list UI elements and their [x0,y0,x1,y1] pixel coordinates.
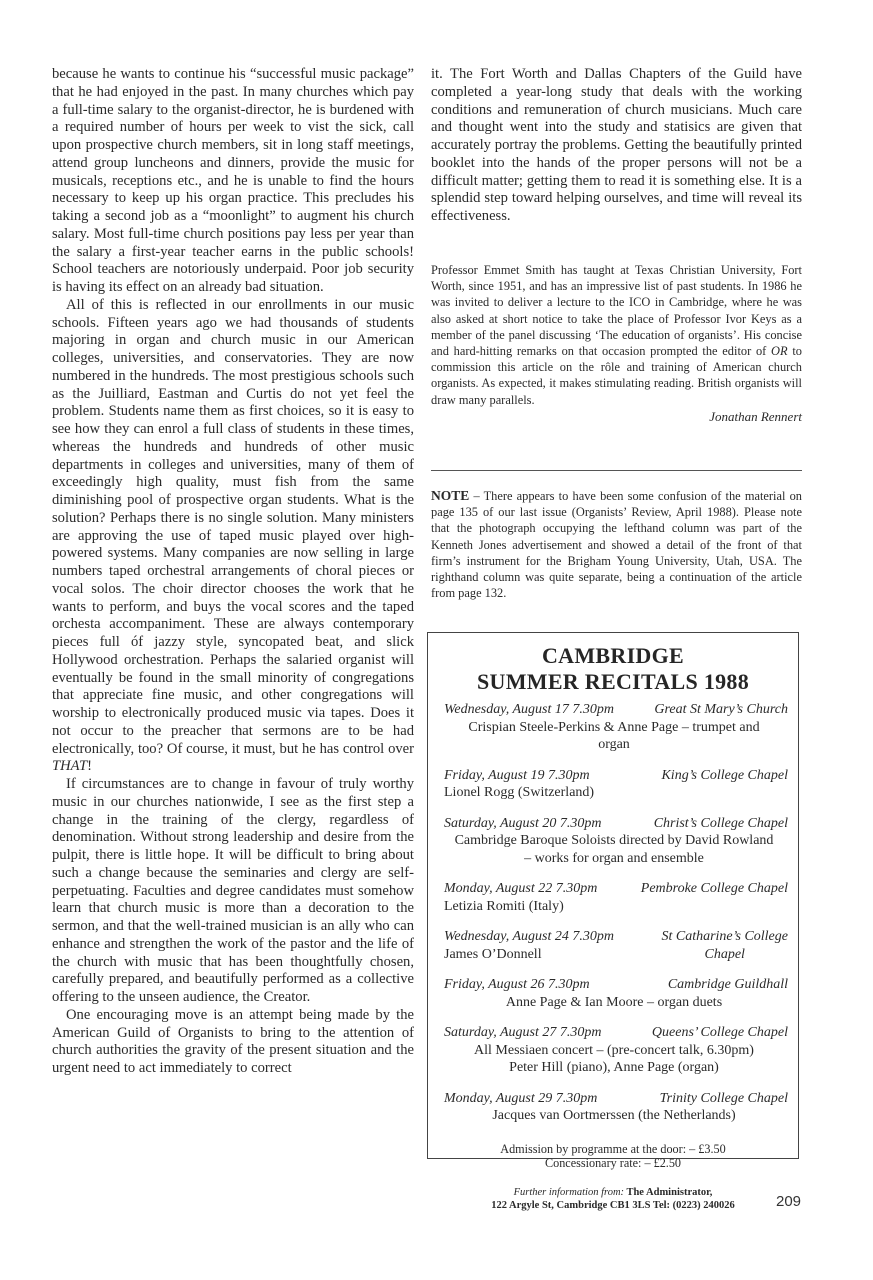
event-performers: Peter Hill (piano), Anne Page (organ) [440,1059,788,1077]
recitals-title: CAMBRIDGE SUMMER RECITALS 1988 [428,643,798,695]
admission-prices: Admission by programme at the door: – £3… [428,1142,798,1170]
paragraph: it. The Fort Worth and Dallas Chapters o… [431,66,802,226]
recital-event: Wednesday, August 24 7.30pmSt Catharine’… [428,928,798,963]
journal-abbrev: OR [771,344,788,358]
note-label: NOTE [431,488,469,503]
event-date: Wednesday, August 24 7.30pm [440,928,614,946]
event-date: Wednesday, August 17 7.30pm [440,701,614,719]
right-column-article-continuation: it. The Fort Worth and Dallas Chapters o… [431,66,802,226]
paragraph: One encouraging move is an attempt being… [52,1007,414,1078]
recital-event: Friday, August 26 7.30pmCambridge Guildh… [428,976,798,1011]
event-venue: King’s College Chapel [661,767,788,785]
recital-event: Monday, August 29 7.30pmTrinity College … [428,1090,798,1125]
horizontal-divider [431,470,802,471]
event-performers: Jacques van Oortmerssen (the Netherlands… [440,1107,788,1125]
recital-event: Wednesday, August 17 7.30pmGreat St Mary… [428,701,798,754]
editor-note-text: Professor Emmet Smith has taught at Texa… [431,262,802,408]
page-number: 209 [776,1193,801,1210]
event-performers: Anne Page & Ian Moore – organ duets [440,994,788,1012]
event-performers: Letizia Romiti (Italy) [440,898,788,916]
event-spacer [428,963,798,976]
editor-note: Professor Emmet Smith has taught at Texa… [431,262,802,425]
event-date: Friday, August 26 7.30pm [440,976,590,994]
event-performers: Lionel Rogg (Switzerland) [440,784,788,802]
note-text: – There appears to have been some confus… [431,489,802,600]
event-venue: St Catharine’s CollegeChapel [661,928,788,963]
recital-event: Monday, August 22 7.30pmPembroke College… [428,880,798,915]
event-performers: Crispian Steele-Perkins & Anne Page – tr… [440,719,788,737]
recital-events-list: Wednesday, August 17 7.30pmGreat St Mary… [428,701,798,1125]
paragraph: because he wants to continue his “succes… [52,66,414,297]
event-venue: Christ’s College Chapel [654,815,788,833]
event-performers: Cambridge Baroque Soloists directed by D… [440,832,788,850]
editor-signature: Jonathan Rennert [431,409,802,425]
event-spacer [428,754,798,767]
event-performers: organ [440,736,788,754]
emphasis: THAT [52,758,87,774]
event-date: Friday, August 19 7.30pm [440,767,590,785]
event-spacer [428,1077,798,1090]
paragraph: All of this is reflected in our enrollme… [52,297,414,776]
event-spacer [428,915,798,928]
event-performers: – works for organ and ensemble [440,850,788,868]
event-spacer [428,1011,798,1024]
paragraph: If circumstances are to change in favour… [52,776,414,1007]
recitals-advertisement-box: CAMBRIDGE SUMMER RECITALS 1988 Wednesday… [427,632,799,1159]
event-venue: Cambridge Guildhall [668,976,788,994]
event-date: Monday, August 29 7.30pm [440,1090,597,1108]
event-venue: Trinity College Chapel [660,1090,788,1108]
event-venue: Pembroke College Chapel [641,880,788,898]
recital-event: Saturday, August 27 7.30pmQueens’ Colleg… [428,1024,798,1077]
recital-event: Saturday, August 20 7.30pmChrist’s Colle… [428,815,798,868]
event-date: Saturday, August 27 7.30pm [440,1024,602,1042]
event-spacer [428,867,798,880]
recital-event: Friday, August 19 7.30pmKing’s College C… [428,767,798,802]
event-venue: Great St Mary’s Church [654,701,788,719]
event-date: Monday, August 22 7.30pm [440,880,597,898]
contact-information: Further information from: The Administra… [428,1186,798,1212]
event-performers: All Messiaen concert – (pre-concert talk… [440,1042,788,1060]
event-venue: Queens’ College Chapel [652,1024,788,1042]
event-spacer [428,802,798,815]
left-column-article-text: because he wants to continue his “succes… [52,66,414,1078]
correction-note: NOTE – There appears to have been some c… [431,488,802,601]
event-date: Saturday, August 20 7.30pm [440,815,602,833]
